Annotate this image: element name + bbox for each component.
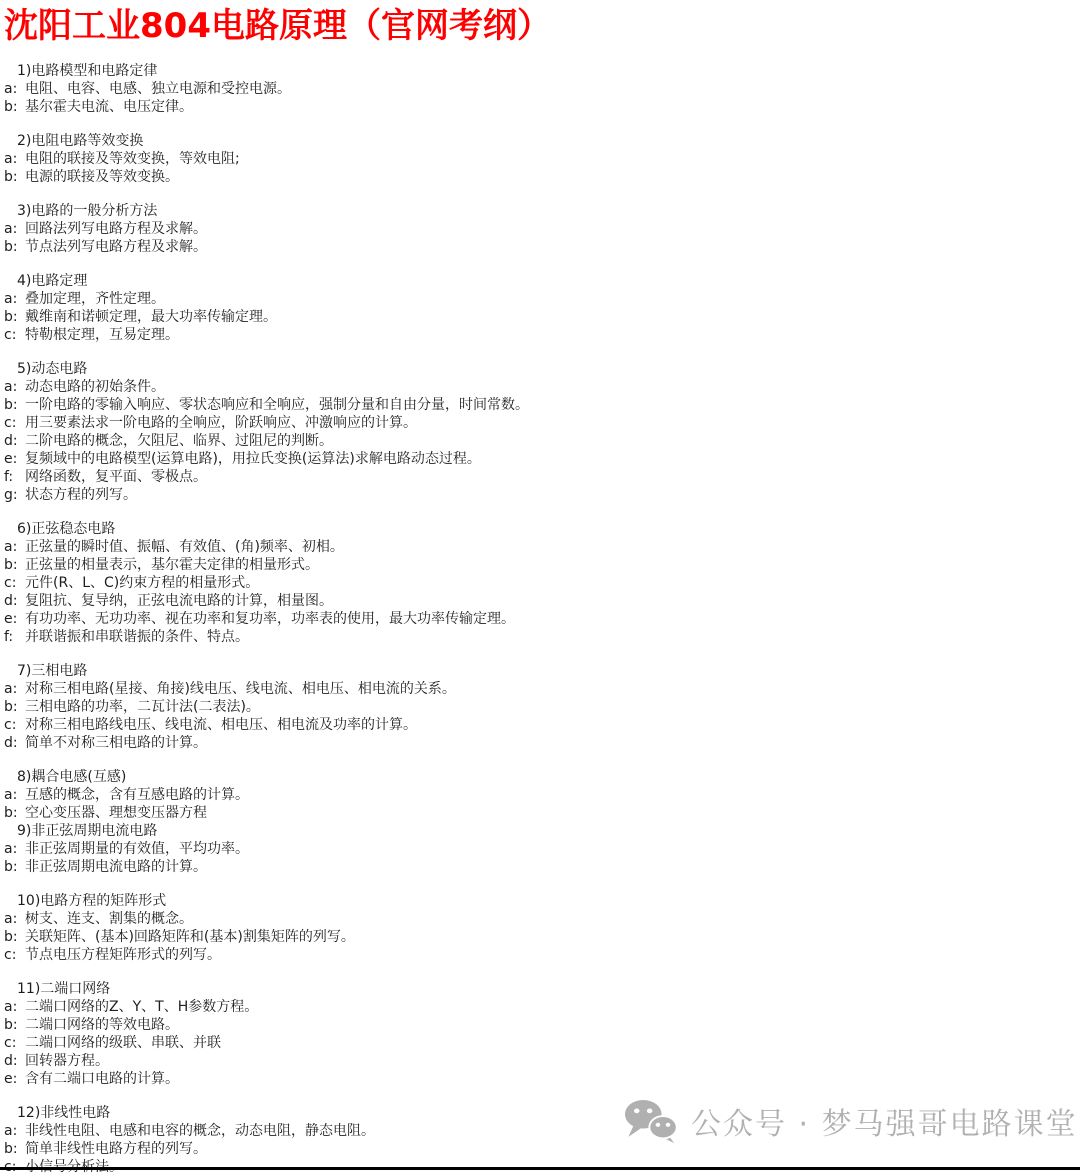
item-label: b: — [4, 238, 25, 256]
syllabus-section: 3)电路的一般分析方法 a: 回路法列写电路方程及求解。 b: 节点法列写电路方… — [4, 202, 1070, 256]
syllabus-section: 5)动态电路 a: 动态电路的初始条件。 b: 一阶电路的零输入响应、零状态响应… — [4, 360, 1070, 504]
syllabus-item: b: 正弦量的相量表示，基尔霍夫定律的相量形式。 — [4, 556, 1070, 574]
syllabus-item: a: 非正弦周期量的有效值，平均功率。 — [4, 840, 1070, 858]
item-text: 节点电压方程矩阵形式的列写。 — [25, 946, 221, 964]
syllabus-item: b: 三相电路的功率，二瓦计法(二表法)。 — [4, 698, 1070, 716]
item-text: 并联谐振和串联谐振的条件、特点。 — [25, 628, 249, 646]
syllabus-item: a: 对称三相电路(星接、角接)线电压、线电流、相电压、相电流的关系。 — [4, 680, 1070, 698]
syllabus-item: e: 复频域中的电路模型(运算电路)，用拉氏变换(运算法)求解电路动态过程。 — [4, 450, 1070, 468]
syllabus-item: c: 特勒根定理，互易定理。 — [4, 326, 1070, 344]
syllabus-item: c: 用三要素法求一阶电路的全响应，阶跃响应、冲激响应的计算。 — [4, 414, 1070, 432]
syllabus-section: 10)电路方程的矩阵形式 a: 树支、连支、割集的概念。 b: 关联矩阵、(基本… — [4, 892, 1070, 964]
watermark: 公众号 · 梦马强哥电路课堂 — [624, 1098, 1078, 1144]
syllabus-item: b: 非正弦周期电流电路的计算。 — [4, 858, 1070, 876]
item-label: c: — [4, 574, 25, 592]
item-label: b: — [4, 1016, 25, 1034]
item-text: 三相电路的功率，二瓦计法(二表法)。 — [25, 698, 260, 716]
item-label: f: — [4, 468, 25, 486]
section-heading: 3)电路的一般分析方法 — [4, 202, 1070, 220]
item-label: e: — [4, 450, 25, 468]
item-label: b: — [4, 556, 25, 574]
item-text: 回转器方程。 — [25, 1052, 109, 1070]
syllabus-section: 11)二端口网络 a: 二端口网络的Z、Y、T、H参数方程。 b: 二端口网络的… — [4, 980, 1070, 1088]
syllabus-sections: 1)电路模型和电路定律 a: 电阻、电容、电感、独立电源和受控电源。 b: 基尔… — [4, 62, 1070, 1175]
syllabus-section: 4)电路定理 a: 叠加定理，齐性定理。 b: 戴维南和诺顿定理，最大功率传输定… — [4, 272, 1070, 344]
item-text: 回路法列写电路方程及求解。 — [25, 220, 207, 238]
section-heading: 9)非正弦周期电流电路 — [4, 822, 1070, 840]
item-text: 关联矩阵、(基本)回路矩阵和(基本)割集矩阵的列写。 — [25, 928, 355, 946]
item-label: c: — [4, 414, 25, 432]
syllabus-item: b: 关联矩阵、(基本)回路矩阵和(基本)割集矩阵的列写。 — [4, 928, 1070, 946]
item-label: a: — [4, 290, 25, 308]
section-heading: 2)电阻电路等效变换 — [4, 132, 1070, 150]
section-heading: 4)电路定理 — [4, 272, 1070, 290]
syllabus-item: a: 电阻、电容、电感、独立电源和受控电源。 — [4, 80, 1070, 98]
item-label: c: — [4, 716, 25, 734]
item-text: 树支、连支、割集的概念。 — [25, 910, 193, 928]
item-label: e: — [4, 1070, 25, 1088]
item-label: b: — [4, 928, 25, 946]
item-text: 互感的概念，含有互感电路的计算。 — [25, 786, 249, 804]
syllabus-section: 8)耦合电感(互感) a: 互感的概念，含有互感电路的计算。 b: 空心变压器、… — [4, 768, 1070, 822]
item-label: b: — [4, 396, 25, 414]
section-heading: 5)动态电路 — [4, 360, 1070, 378]
item-text: 网络函数，复平面、零极点。 — [25, 468, 207, 486]
item-label: g: — [4, 486, 25, 504]
syllabus-item: e: 有功功率、无功功率、视在功率和复功率，功率表的使用，最大功率传输定理。 — [4, 610, 1070, 628]
syllabus-section: 2)电阻电路等效变换 a: 电阻的联接及等效变换，等效电阻; b: 电源的联接及… — [4, 132, 1070, 186]
item-text: 复阻抗、复导纳，正弦电流电路的计算，相量图。 — [25, 592, 333, 610]
item-label: b: — [4, 698, 25, 716]
syllabus-section: 7)三相电路 a: 对称三相电路(星接、角接)线电压、线电流、相电压、相电流的关… — [4, 662, 1070, 752]
syllabus-item: d: 回转器方程。 — [4, 1052, 1070, 1070]
item-text: 复频域中的电路模型(运算电路)，用拉氏变换(运算法)求解电路动态过程。 — [25, 450, 481, 468]
syllabus-item: b: 戴维南和诺顿定理，最大功率传输定理。 — [4, 308, 1070, 326]
item-label: a: — [4, 538, 25, 556]
wechat-icon — [624, 1098, 678, 1144]
item-text: 二端口网络的级联、串联、并联 — [25, 1034, 221, 1052]
syllabus-item: d: 简单不对称三相电路的计算。 — [4, 734, 1070, 752]
item-label: a: — [4, 220, 25, 238]
syllabus-item: d: 二阶电路的概念，欠阻尼、临界、过阻尼的判断。 — [4, 432, 1070, 450]
syllabus-item: c: 二端口网络的级联、串联、并联 — [4, 1034, 1070, 1052]
item-label: d: — [4, 734, 25, 752]
item-text: 简单不对称三相电路的计算。 — [25, 734, 207, 752]
syllabus-item: a: 电阻的联接及等效变换，等效电阻; — [4, 150, 1070, 168]
syllabus-item: b: 节点法列写电路方程及求解。 — [4, 238, 1070, 256]
syllabus-item: b: 二端口网络的等效电路。 — [4, 1016, 1070, 1034]
syllabus-item: a: 回路法列写电路方程及求解。 — [4, 220, 1070, 238]
syllabus-item: b: 空心变压器、理想变压器方程 — [4, 804, 1070, 822]
syllabus-item: a: 二端口网络的Z、Y、T、H参数方程。 — [4, 998, 1070, 1016]
item-label: a: — [4, 998, 25, 1016]
item-text: 对称三相电路(星接、角接)线电压、线电流、相电压、相电流的关系。 — [25, 680, 456, 698]
syllabus-item: b: 一阶电路的零输入响应、零状态响应和全响应，强制分量和自由分量，时间常数。 — [4, 396, 1070, 414]
syllabus-item: g: 状态方程的列写。 — [4, 486, 1070, 504]
item-text: 基尔霍夫电流、电压定律。 — [25, 98, 193, 116]
item-label: a: — [4, 910, 25, 928]
syllabus-item: a: 互感的概念，含有互感电路的计算。 — [4, 786, 1070, 804]
item-text: 电阻、电容、电感、独立电源和受控电源。 — [25, 80, 291, 98]
item-text: 用三要素法求一阶电路的全响应，阶跃响应、冲激响应的计算。 — [25, 414, 417, 432]
syllabus-item: b: 电源的联接及等效变换。 — [4, 168, 1070, 186]
item-text: 空心变压器、理想变压器方程 — [25, 804, 207, 822]
item-label: e: — [4, 610, 25, 628]
item-text: 正弦量的瞬时值、振幅、有效值、(角)频率、初相。 — [25, 538, 344, 556]
item-label: b: — [4, 168, 25, 186]
syllabus-item: b: 基尔霍夫电流、电压定律。 — [4, 98, 1070, 116]
item-text: 简单非线性电路方程的列写。 — [25, 1140, 207, 1158]
section-heading: 8)耦合电感(互感) — [4, 768, 1070, 786]
item-label: d: — [4, 1052, 25, 1070]
item-text: 对称三相电路线电压、线电流、相电压、相电流及功率的计算。 — [25, 716, 417, 734]
syllabus-item: a: 树支、连支、割集的概念。 — [4, 910, 1070, 928]
item-text: 二端口网络的等效电路。 — [25, 1016, 179, 1034]
item-label: a: — [4, 1122, 25, 1140]
item-text: 叠加定理，齐性定理。 — [25, 290, 165, 308]
item-text: 电阻的联接及等效变换，等效电阻; — [25, 150, 240, 168]
item-label: a: — [4, 786, 25, 804]
item-text: 元件(R、L、C)约束方程的相量形式。 — [25, 574, 259, 592]
section-heading: 11)二端口网络 — [4, 980, 1070, 998]
section-heading: 6)正弦稳态电路 — [4, 520, 1070, 538]
section-heading: 1)电路模型和电路定律 — [4, 62, 1070, 80]
syllabus-item: a: 叠加定理，齐性定理。 — [4, 290, 1070, 308]
item-label: c: — [4, 1034, 25, 1052]
item-text: 一阶电路的零输入响应、零状态响应和全响应，强制分量和自由分量，时间常数。 — [25, 396, 529, 414]
item-text: 节点法列写电路方程及求解。 — [25, 238, 207, 256]
item-label: c: — [4, 946, 25, 964]
item-text: 特勒根定理，互易定理。 — [25, 326, 179, 344]
item-text: 正弦量的相量表示，基尔霍夫定律的相量形式。 — [25, 556, 319, 574]
page-title: 沈阳工业804电路原理（官网考纲） — [4, 6, 1070, 46]
item-text: 非正弦周期量的有效值，平均功率。 — [25, 840, 249, 858]
syllabus-item: c: 节点电压方程矩阵形式的列写。 — [4, 946, 1070, 964]
syllabus-item: f: 网络函数，复平面、零极点。 — [4, 468, 1070, 486]
syllabus-item: a: 动态电路的初始条件。 — [4, 378, 1070, 396]
item-label: a: — [4, 840, 25, 858]
syllabus-item: a: 正弦量的瞬时值、振幅、有效值、(角)频率、初相。 — [4, 538, 1070, 556]
syllabus-page: 沈阳工业804电路原理（官网考纲） 1)电路模型和电路定律 a: 电阻、电容、电… — [0, 0, 1080, 1175]
item-label: a: — [4, 680, 25, 698]
syllabus-item: e: 含有二端口电路的计算。 — [4, 1070, 1070, 1088]
syllabus-section: 9)非正弦周期电流电路 a: 非正弦周期量的有效值，平均功率。 b: 非正弦周期… — [4, 822, 1070, 876]
item-label: d: — [4, 432, 25, 450]
syllabus-item: c: 元件(R、L、C)约束方程的相量形式。 — [4, 574, 1070, 592]
item-label: a: — [4, 80, 25, 98]
watermark-text: 公众号 · 梦马强哥电路课堂 — [691, 1099, 1078, 1143]
item-text: 动态电路的初始条件。 — [25, 378, 165, 396]
syllabus-item: c: 对称三相电路线电压、线电流、相电压、相电流及功率的计算。 — [4, 716, 1070, 734]
item-label: b: — [4, 308, 25, 326]
syllabus-item: d: 复阻抗、复导纳，正弦电流电路的计算，相量图。 — [4, 592, 1070, 610]
item-text: 状态方程的列写。 — [25, 486, 137, 504]
item-text: 有功功率、无功功率、视在功率和复功率，功率表的使用，最大功率传输定理。 — [25, 610, 515, 628]
item-label: c: — [4, 326, 25, 344]
syllabus-section: 6)正弦稳态电路 a: 正弦量的瞬时值、振幅、有效值、(角)频率、初相。 b: … — [4, 520, 1070, 646]
section-heading: 7)三相电路 — [4, 662, 1070, 680]
item-label: b: — [4, 98, 25, 116]
item-text: 戴维南和诺顿定理，最大功率传输定理。 — [25, 308, 277, 326]
item-label: d: — [4, 592, 25, 610]
syllabus-item: f: 并联谐振和串联谐振的条件、特点。 — [4, 628, 1070, 646]
item-label: a: — [4, 378, 25, 396]
item-text: 含有二端口电路的计算。 — [25, 1070, 179, 1088]
item-label: b: — [4, 1140, 25, 1158]
item-label: a: — [4, 150, 25, 168]
section-heading: 10)电路方程的矩阵形式 — [4, 892, 1070, 910]
item-text: 二端口网络的Z、Y、T、H参数方程。 — [25, 998, 258, 1016]
item-text: 非正弦周期电流电路的计算。 — [25, 858, 207, 876]
item-text: 非线性电阻、电感和电容的概念，动态电阻，静态电阻。 — [25, 1122, 375, 1140]
item-text: 二阶电路的概念，欠阻尼、临界、过阻尼的判断。 — [25, 432, 333, 450]
syllabus-section: 1)电路模型和电路定律 a: 电阻、电容、电感、独立电源和受控电源。 b: 基尔… — [4, 62, 1070, 116]
item-text: 电源的联接及等效变换。 — [25, 168, 179, 186]
bottom-border-line — [0, 1167, 1080, 1170]
item-label: b: — [4, 804, 25, 822]
item-label: f: — [4, 628, 25, 646]
item-label: b: — [4, 858, 25, 876]
